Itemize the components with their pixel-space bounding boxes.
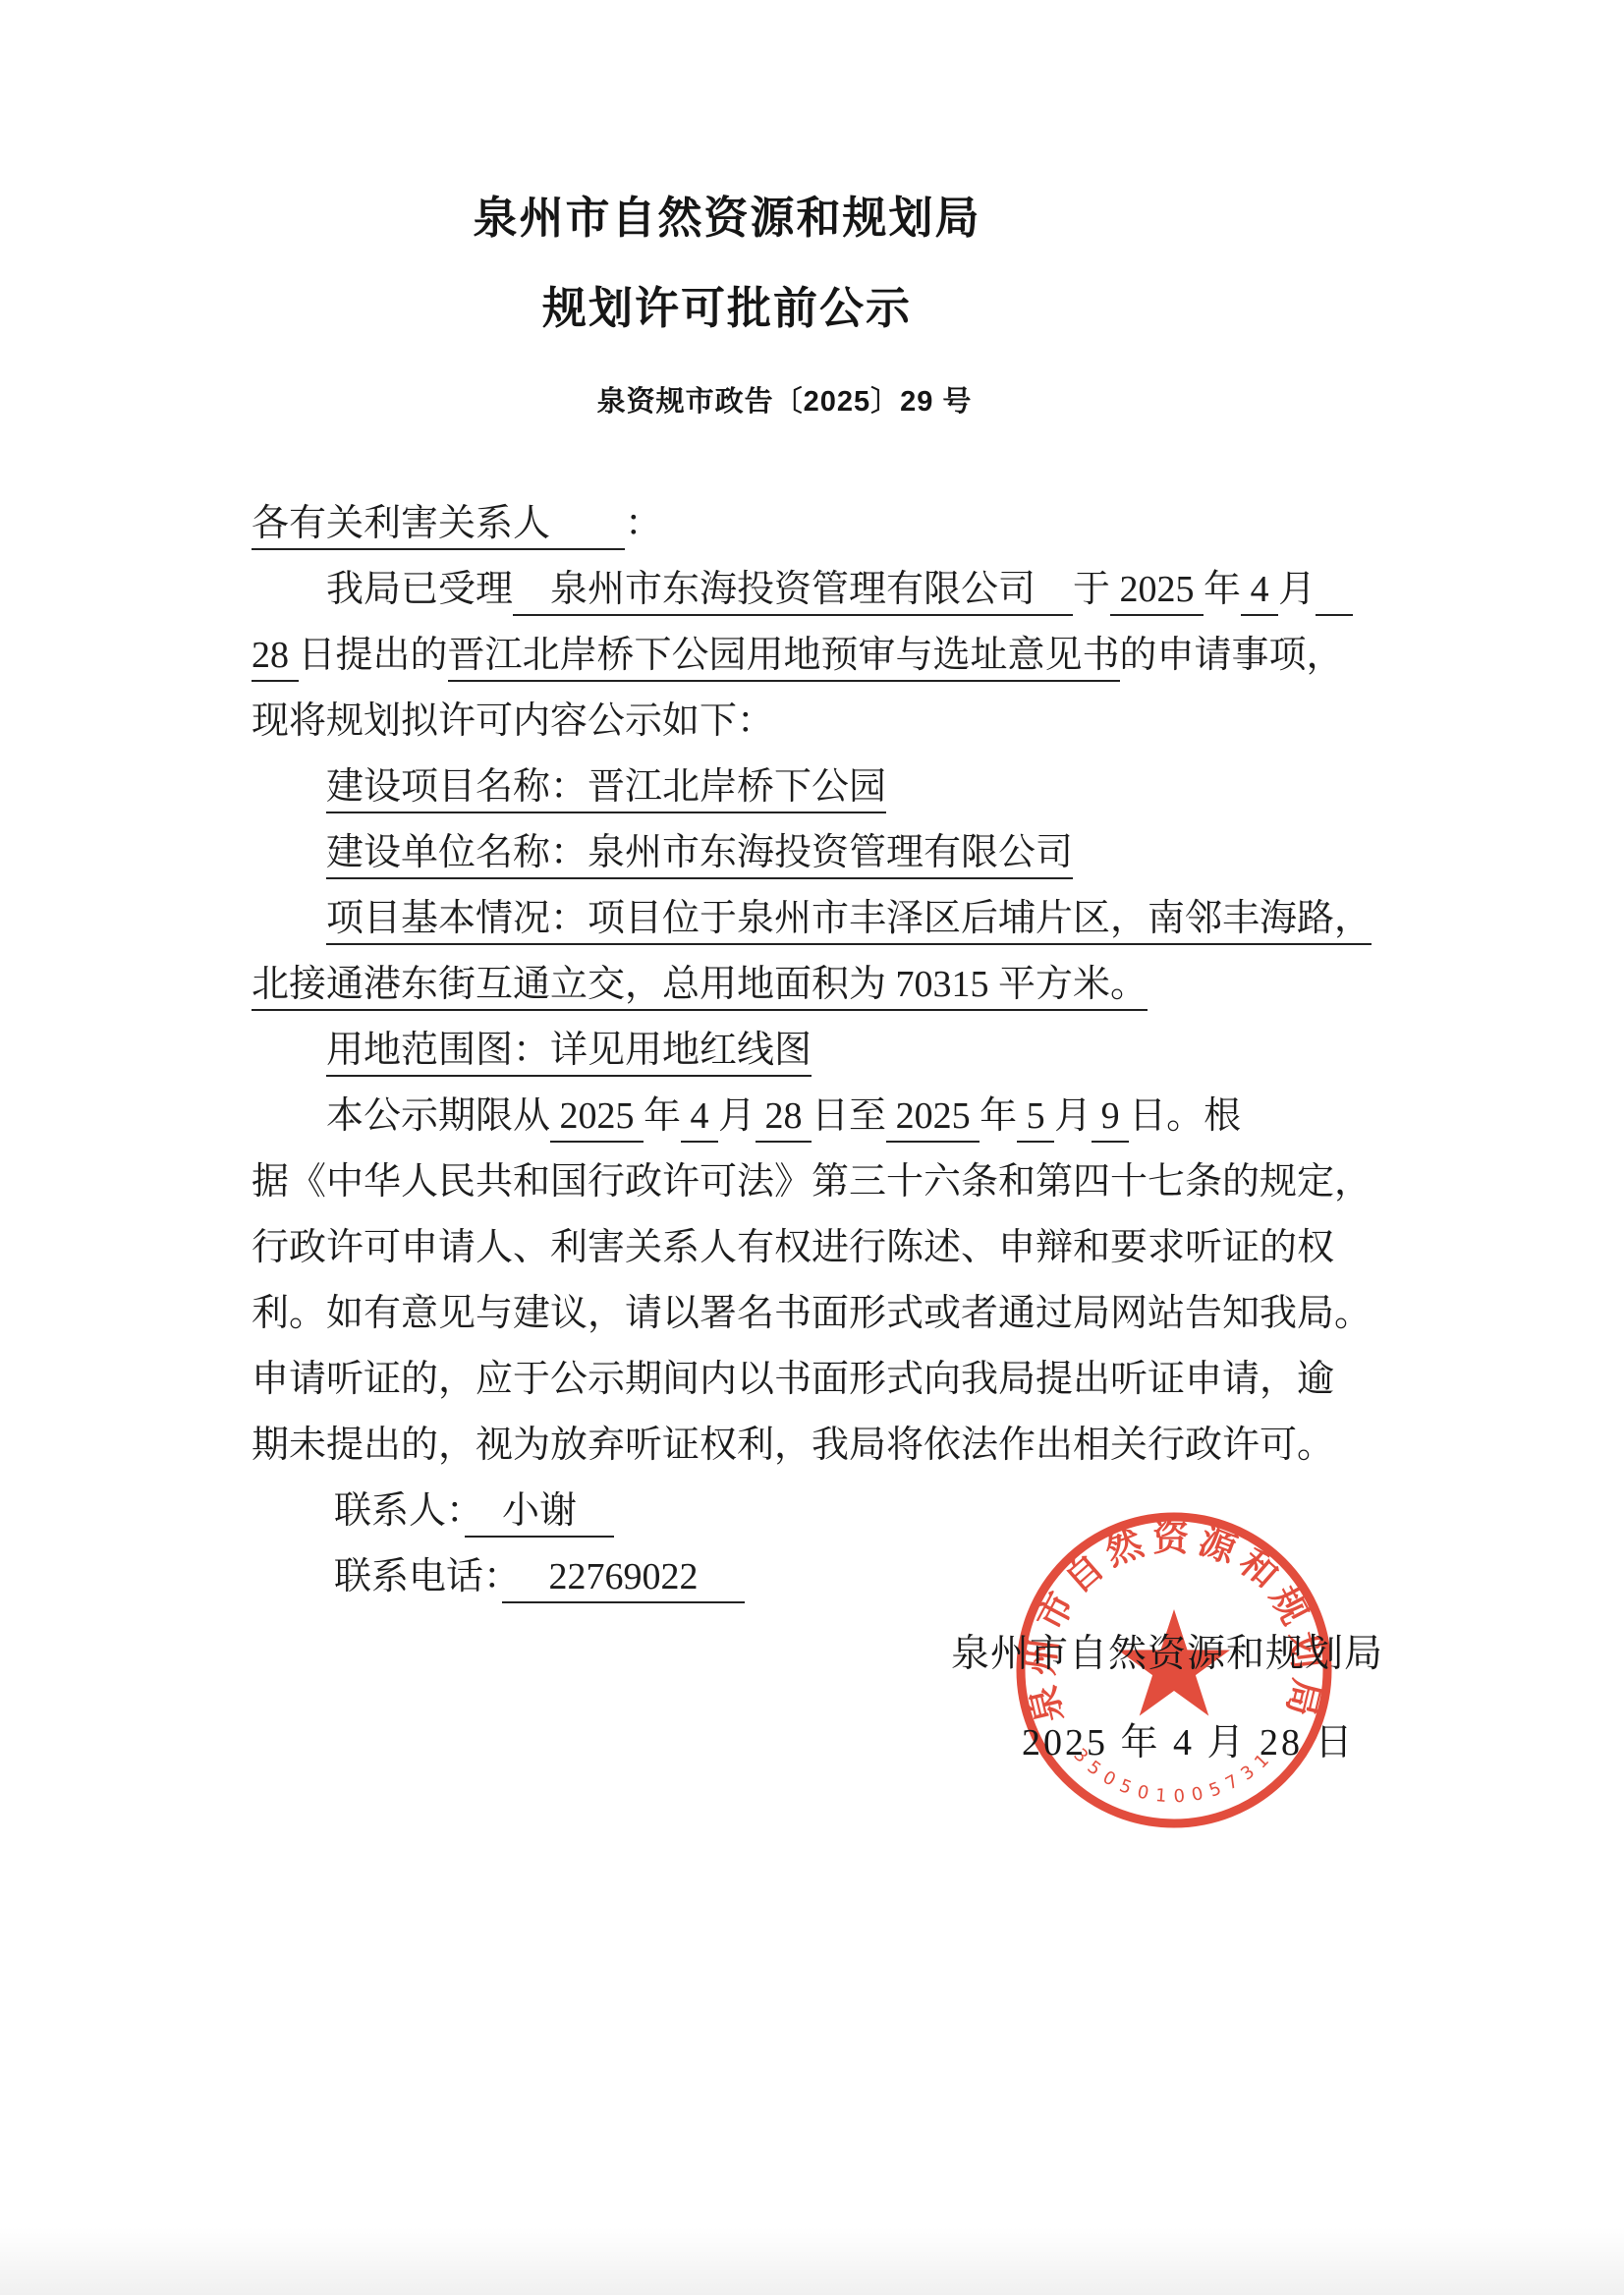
underlined-field: 各有关利害关系人 — [252, 503, 625, 550]
text-run: 据《中华人民共和国行政许可法》第三十六条和第四十七条的规定， — [252, 1161, 1372, 1203]
underlined-field — [1316, 569, 1353, 616]
body-line: 建设单位名称：泉州市东海投资管理有限公司 — [252, 820, 1342, 886]
underlined-field: 泉州市东海投资管理有限公司 — [513, 569, 1073, 616]
text-run: 我局已受理 — [326, 569, 513, 610]
document-page: 泉州市自然资源和规划局 规划许可批前公示 泉资规市政告〔2025〕29 号 各有… — [0, 0, 1624, 2295]
doc-number: 泉资规市政告〔2025〕29 号 — [252, 379, 1317, 420]
scan-shadow-artifact — [0, 2226, 1624, 2295]
underlined-field: 4 — [681, 1095, 718, 1143]
body-text: 各有关利害关系人 ： 我局已受理 泉州市东海投资管理有限公司 于 2025 年 … — [252, 491, 1342, 1610]
underlined-field: 晋江北岸桥下公园用地预审与选址意见书 — [448, 635, 1120, 682]
text-run: 月 — [718, 1095, 756, 1137]
underlined-field: 北接通港东街互通立交，总用地面积为 70315 平方米。 — [252, 964, 1148, 1011]
text-run: 于 — [1073, 569, 1110, 610]
text-run: 的申请事项， — [1120, 635, 1344, 676]
contact-person-label: 联系人： — [334, 1490, 465, 1532]
doc-title-line2: 规划许可批前公示 — [196, 283, 1258, 334]
underlined-field: 28 — [252, 635, 299, 682]
underlined-field: 9 — [1092, 1095, 1129, 1143]
contact-person-value: 小谢 — [465, 1490, 614, 1538]
text-run: 月 — [1278, 569, 1316, 610]
text-run: 日提出的 — [299, 635, 448, 676]
body-line: 本公示期限从 2025 年 4 月 28 日至 2025 年 5 月 9 日。根 — [252, 1084, 1342, 1149]
body-line: 现将规划拟许可内容公示如下： — [252, 689, 1342, 755]
text-run: 期未提出的，视为放弃听证权利，我局将依法作出相关行政许可。 — [252, 1425, 1334, 1466]
text-run: 月 — [1054, 1095, 1092, 1137]
body-line: 申请听证的，应于公示期间内以书面形式向我局提出听证申请，逾 — [252, 1347, 1342, 1413]
text-run: 年 — [1204, 569, 1241, 610]
body-line: 用地范围图：详见用地红线图 — [252, 1018, 1342, 1084]
signature-date: 2025 年 4 月 28 日 — [1022, 1711, 1356, 1765]
signature-org: 泉州市自然资源和规划局 — [951, 1623, 1383, 1678]
body-line: 我局已受理 泉州市东海投资管理有限公司 于 2025 年 4 月 — [252, 557, 1342, 623]
body-line: 期未提出的，视为放弃听证权利，我局将依法作出相关行政许可。 — [252, 1413, 1342, 1479]
text-run: 申请听证的，应于公示期间内以书面形式向我局提出听证申请，逾 — [252, 1359, 1334, 1400]
underlined-field: 2025 — [1110, 569, 1204, 616]
underlined-field: 2025 — [550, 1095, 644, 1143]
text-run: 现将规划拟许可内容公示如下： — [252, 700, 774, 742]
underlined-field: 2025 — [886, 1095, 980, 1143]
underlined-field: 5 — [1017, 1095, 1054, 1143]
underlined-field: 用地范围图：详见用地红线图 — [326, 1030, 812, 1077]
body-line: 北接通港东街互通立交，总用地面积为 70315 平方米。 — [252, 952, 1342, 1018]
body-line: 据《中华人民共和国行政许可法》第三十六条和第四十七条的规定， — [252, 1149, 1342, 1215]
text-run: 行政许可申请人、利害关系人有权进行陈述、申辩和要求听证的权 — [252, 1227, 1334, 1268]
underlined-field: 28 — [756, 1095, 812, 1143]
body-line: 建设项目名称：晋江北岸桥下公园 — [252, 755, 1342, 820]
contact-phone-label: 联系电话： — [334, 1556, 502, 1597]
doc-title-line1: 泉州市自然资源和规划局 — [196, 193, 1258, 244]
body-line: 行政许可申请人、利害关系人有权进行陈述、申辩和要求听证的权 — [252, 1215, 1342, 1281]
body-line: 利。如有意见与建议，请以署名书面形式或者通过局网站告知我局。 — [252, 1281, 1342, 1347]
text-run: 年 — [644, 1095, 681, 1137]
text-run: ： — [625, 503, 662, 544]
underlined-field: 4 — [1241, 569, 1278, 616]
text-run: 年 — [980, 1095, 1017, 1137]
contact-phone-value: 22769022 — [502, 1556, 745, 1603]
underlined-field: 项目基本情况：项目位于泉州市丰泽区后埔片区，南邻丰海路， — [326, 898, 1372, 945]
text-run: 日至 — [812, 1095, 886, 1137]
salutation-line: 各有关利害关系人 ： — [252, 491, 1342, 557]
underlined-field: 建设项目名称：晋江北岸桥下公园 — [326, 766, 886, 813]
body-line: 项目基本情况：项目位于泉州市丰泽区后埔片区，南邻丰海路， — [252, 886, 1342, 952]
text-run: 利。如有意见与建议，请以署名书面形式或者通过局网站告知我局。 — [252, 1293, 1372, 1334]
text-run: 本公示期限从 — [326, 1095, 550, 1137]
body-line: 28 日提出的晋江北岸桥下公园用地预审与选址意见书的申请事项， — [252, 623, 1342, 689]
text-run: 日。根 — [1129, 1095, 1241, 1137]
underlined-field: 建设单位名称：泉州市东海投资管理有限公司 — [326, 832, 1073, 879]
